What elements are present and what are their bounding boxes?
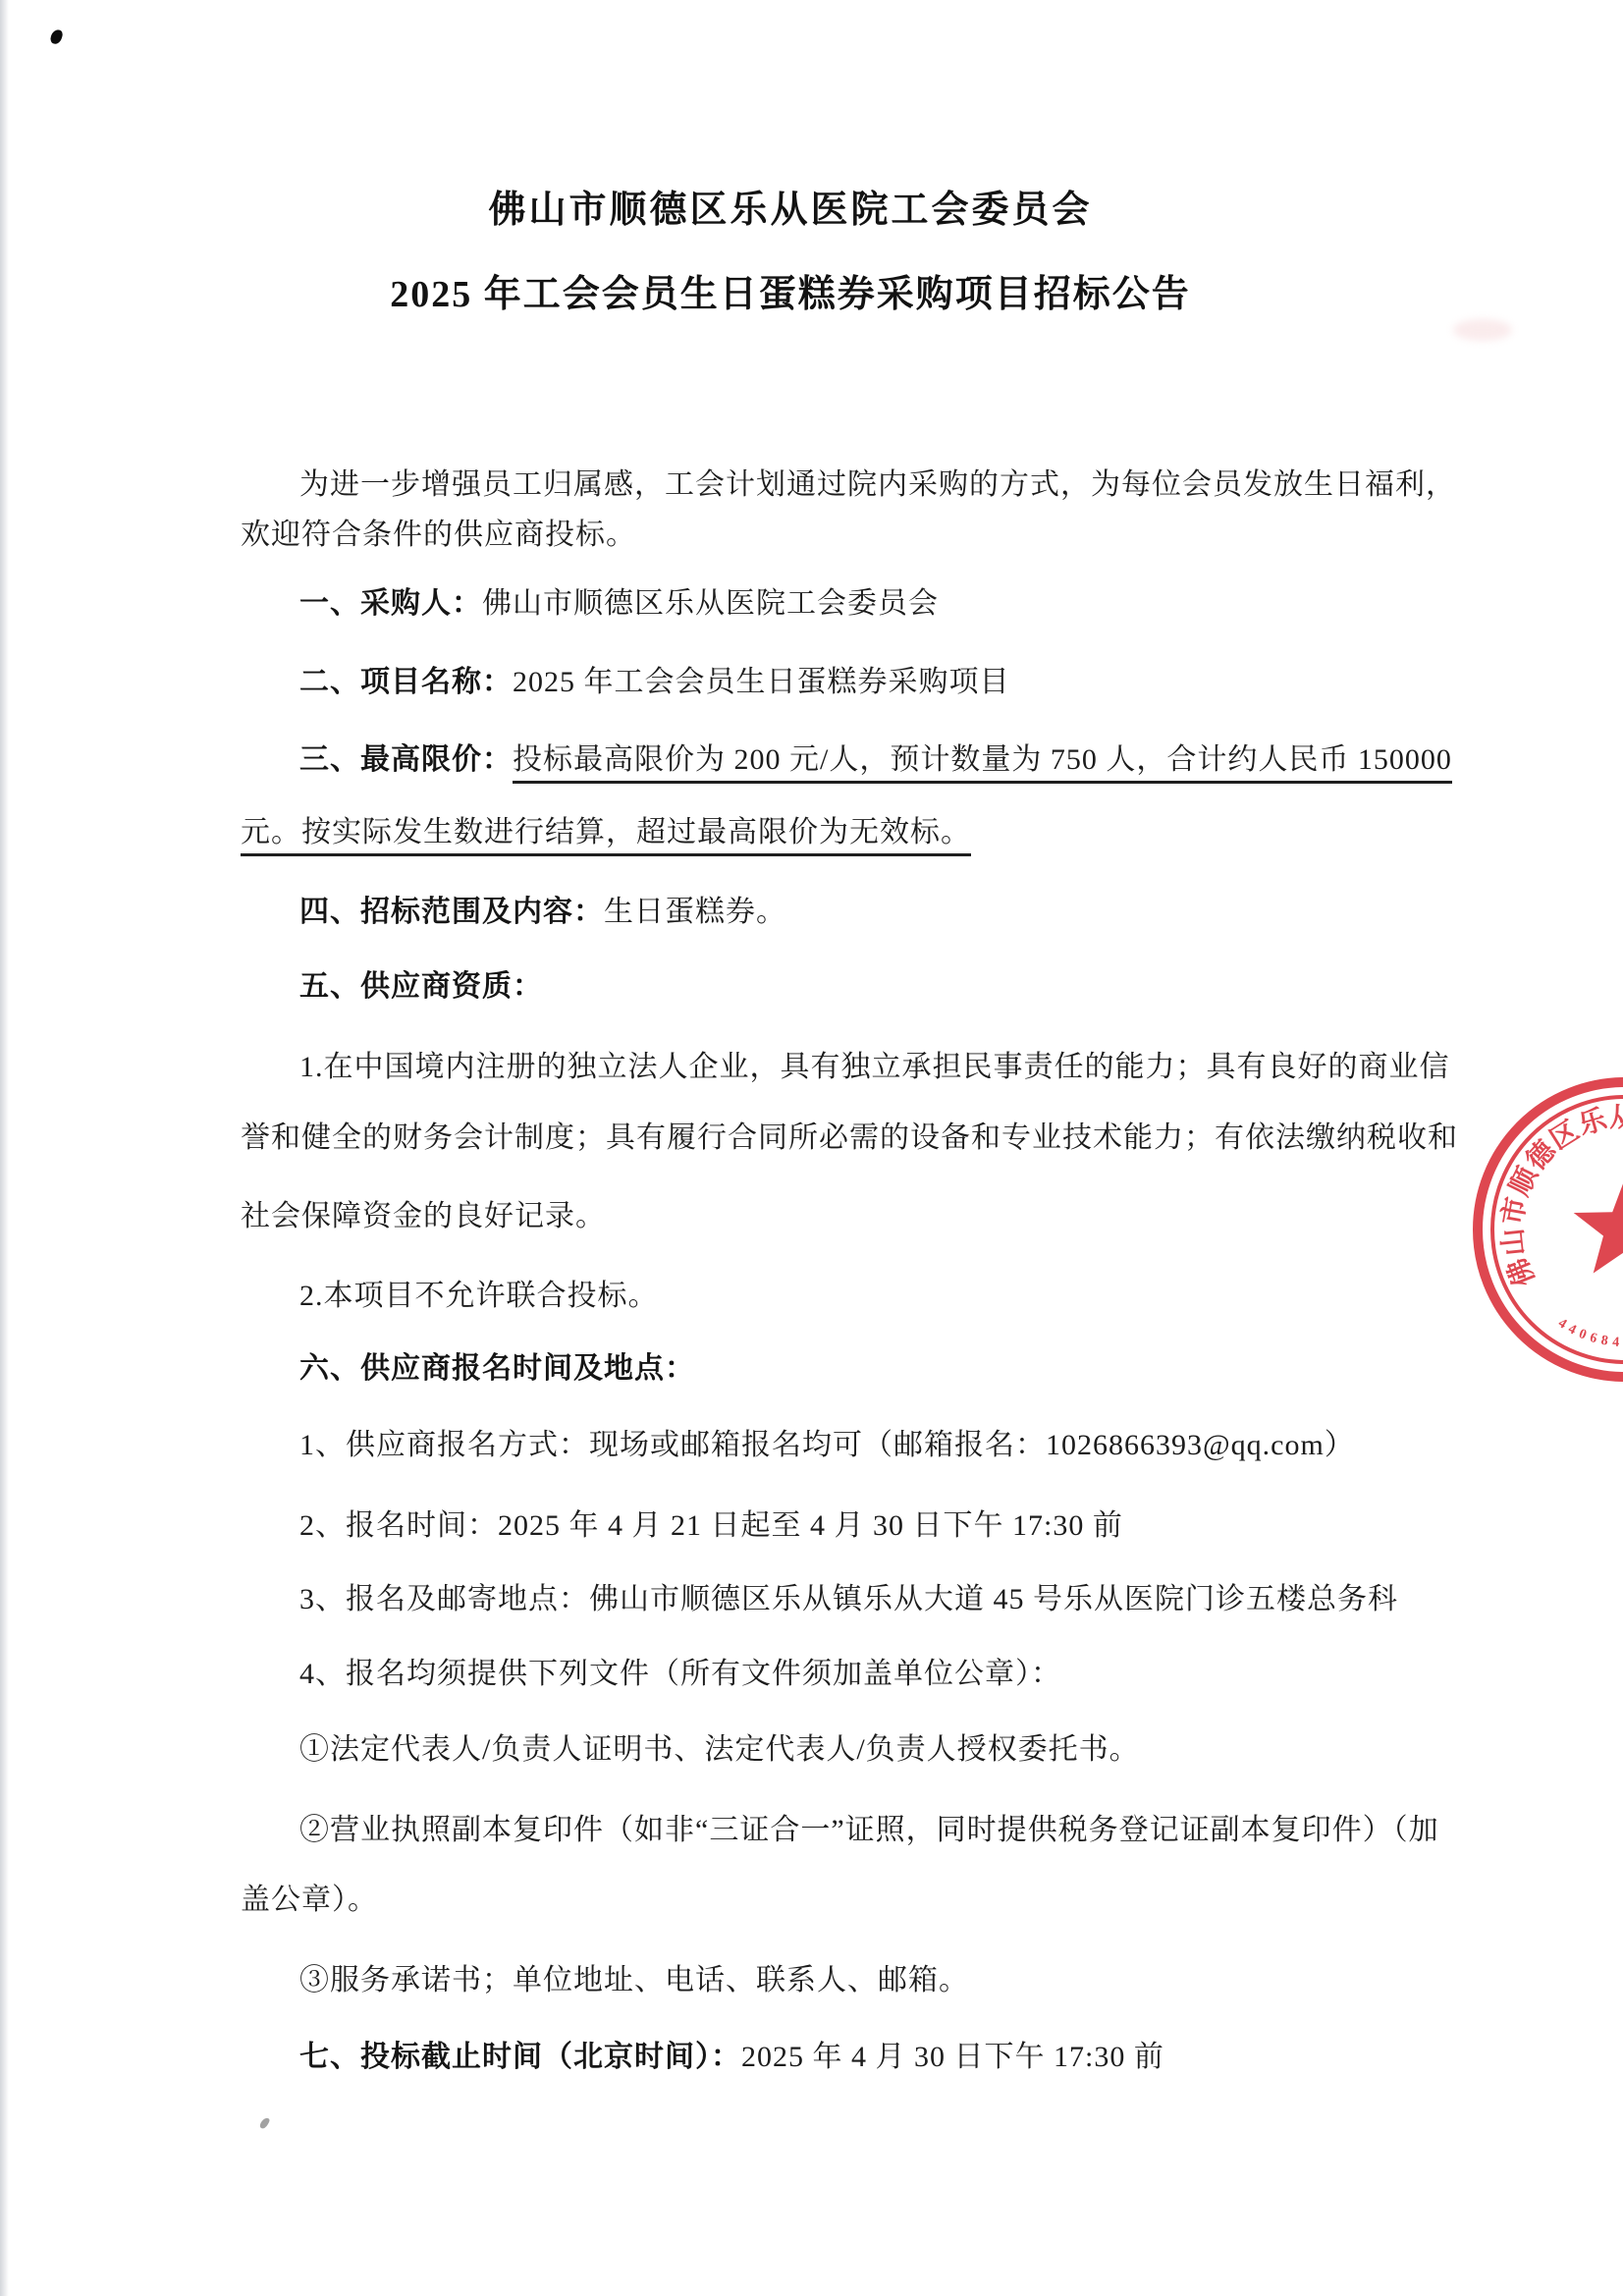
scan-edge-shadow xyxy=(0,0,9,2296)
qualification-1-line-1: 1.在中国境内注册的独立法人企业，具有独立承担民事责任的能力；具有良好的商业信 xyxy=(299,1050,1450,1085)
pen-mark xyxy=(259,2116,271,2130)
document-subtitle: 2025 年工会会员生日蛋糕券采购项目招标公告 xyxy=(0,275,1581,314)
document-title: 佛山市顺德区乐从医院工会委员会 xyxy=(0,191,1581,230)
seal-code-digits: 4406845 xyxy=(1555,1316,1623,1350)
item-supplier-qualification: 五、供应商资质： xyxy=(299,969,543,1005)
seal-star-icon xyxy=(1574,1178,1623,1274)
qualification-2: 2.本项目不允许联合投标。 xyxy=(299,1279,659,1314)
qualification-1-line-2: 誉和健全的财务会计制度；具有履行合同所必需的设备和专业技术能力；有依法缴纳税收和 xyxy=(241,1121,1458,1156)
item-registration-time-place: 六、供应商报名时间及地点： xyxy=(299,1351,695,1387)
document-2-line-2: 盖公章）。 xyxy=(241,1883,378,1918)
item-scope: 四、招标范围及内容：生日蛋糕券。 xyxy=(299,895,786,930)
faint-smudge xyxy=(1453,319,1512,341)
svg-text:4406845: 4406845 xyxy=(1555,1316,1623,1350)
qualification-1-line-3: 社会保障资金的良好记录。 xyxy=(241,1199,606,1234)
scanned-document-page: 佛山市顺德区乐从医院工会委员会 2025 年工会会员生日蛋糕券采购项目招标公告 … xyxy=(0,0,1623,2296)
intro-line-2: 欢迎符合条件的供应商投标。 xyxy=(241,518,636,553)
item-bid-deadline: 七、投标截止时间（北京时间）：2025 年 4 月 30 日下午 17:30 前 xyxy=(299,2040,1164,2075)
document-3: ③服务承诺书；单位地址、电话、联系人、邮箱。 xyxy=(299,1963,969,1998)
item-project-name: 二、项目名称：2025 年工会会员生日蛋糕券采购项目 xyxy=(299,665,1010,700)
red-seal-stamp: 佛山市顺德区乐从医院工会委员会 4406845 xyxy=(1468,1072,1623,1387)
registration-documents: 4、报名均须提供下列文件（所有文件须加盖单位公章）： xyxy=(299,1657,1061,1692)
registration-method: 1、供应商报名方式：现场或邮箱报名均可（邮箱报名：1026866393@qq.c… xyxy=(299,1428,1355,1463)
item-price-cap-line-2: 元。按实际发生数进行结算，超过最高限价为无效标。 xyxy=(241,815,971,850)
document-1: ①法定代表人/负责人证明书、法定代表人/负责人授权委托书。 xyxy=(299,1732,1140,1768)
registration-time: 2、报名时间：2025 年 4 月 21 日起至 4 月 30 日下午 17:3… xyxy=(299,1508,1123,1544)
item-price-cap-line-1: 三、最高限价：投标最高限价为 200 元/人，预计数量为 750 人，合计约人民… xyxy=(299,742,1452,778)
document-2-line-1: ②营业执照副本复印件（如非“三证合一”证照，同时提供税务登记证副本复印件）（加 xyxy=(299,1813,1439,1848)
registration-address: 3、报名及邮寄地点：佛山市顺德区乐从镇乐从大道 45 号乐从医院门诊五楼总务科 xyxy=(299,1582,1398,1617)
ink-blot xyxy=(49,28,64,46)
intro-line-1: 为进一步增强员工归属感，工会计划通过院内采购的方式，为每位会员发放生日福利， xyxy=(299,467,1456,503)
item-purchaser: 一、采购人：佛山市顺德区乐从医院工会委员会 xyxy=(299,586,939,622)
